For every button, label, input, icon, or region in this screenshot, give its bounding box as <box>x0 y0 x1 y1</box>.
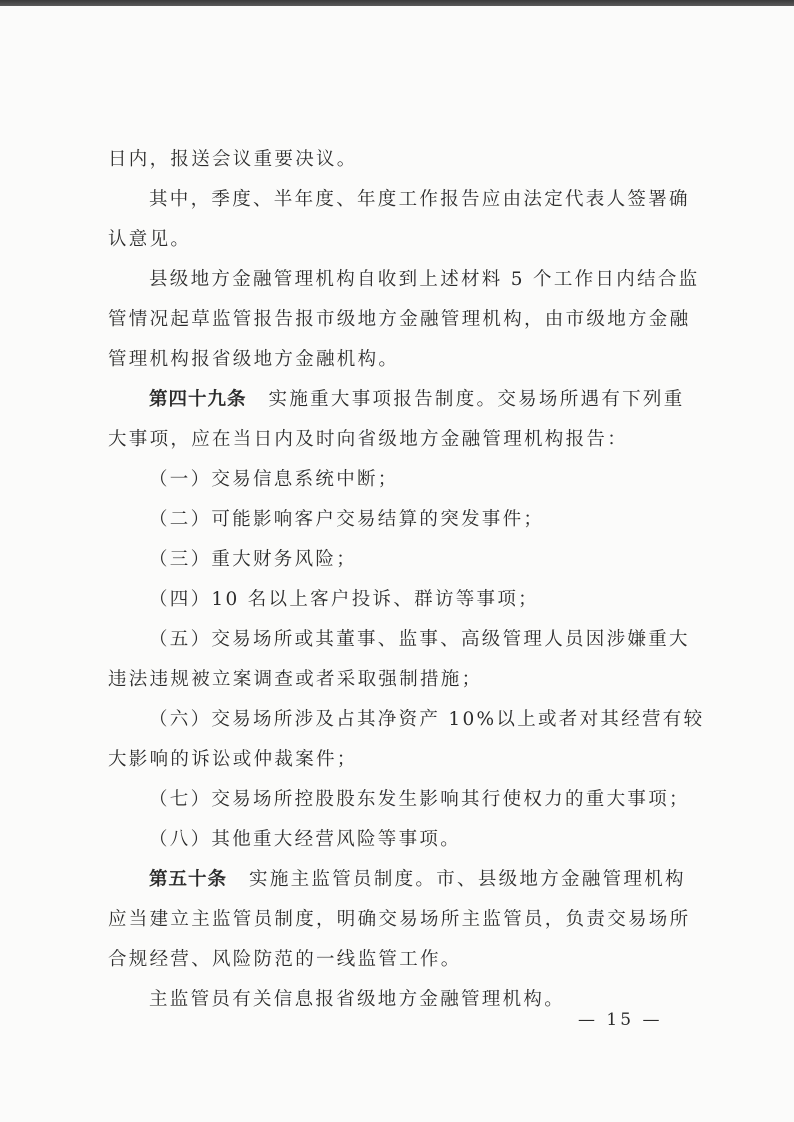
article-49-line: 第四十九条实施重大事项报告制度。交易场所遇有下列重 <box>108 380 692 420</box>
text-line: 管情况起草监管报告报市级地方金融管理机构，由市级地方金融 <box>108 300 692 340</box>
text-line: 县级地方金融管理机构自收到上述材料 5 个工作日内结合监 <box>108 260 692 300</box>
article-text: 实施重大事项报告制度。交易场所遇有下列重 <box>269 389 685 410</box>
text-line: 认意见。 <box>108 220 692 260</box>
text-line: 合规经营、风险防范的一线监管工作。 <box>108 940 692 980</box>
list-item: （八）其他重大经营风险等事项。 <box>108 820 692 860</box>
list-item: （七）交易场所控股股东发生影响其行使权力的重大事项； <box>108 780 692 820</box>
article-heading: 第五十条 <box>149 869 227 890</box>
text-line: 应当建立主监管员制度，明确交易场所主监管员，负责交易场所 <box>108 900 692 940</box>
article-heading: 第四十九条 <box>149 389 247 410</box>
text-line: 日内，报送会议重要决议。 <box>108 140 692 180</box>
list-item: （三）重大财务风险； <box>108 540 692 580</box>
page-number: — 15 — <box>578 1010 662 1030</box>
list-item-continuation: 违法违规被立案调查或者采取强制措施； <box>108 660 692 700</box>
list-item: （一）交易信息系统中断； <box>108 460 692 500</box>
list-item-continuation: 大影响的诉讼或仲裁案件； <box>108 740 692 780</box>
text-line: 管理机构报省级地方金融机构。 <box>108 340 692 380</box>
list-item: （五）交易场所或其董事、监事、高级管理人员因涉嫌重大 <box>108 620 692 660</box>
text-line: 大事项，应在当日内及时向省级地方金融管理机构报告： <box>108 420 692 460</box>
list-item: （二）可能影响客户交易结算的突发事件； <box>108 500 692 540</box>
list-item: （六）交易场所涉及占其净资产 10%以上或者对其经营有较 <box>108 700 692 740</box>
article-text: 实施主监管员制度。市、县级地方金融管理机构 <box>249 869 686 890</box>
text-line: 其中，季度、半年度、年度工作报告应由法定代表人签署确 <box>108 180 692 220</box>
scan-top-border <box>0 0 794 6</box>
list-item: （四）10 名以上客户投诉、群访等事项； <box>108 580 692 620</box>
document-body: 日内，报送会议重要决议。 其中，季度、半年度、年度工作报告应由法定代表人签署确 … <box>108 140 692 1020</box>
article-50-line: 第五十条实施主监管员制度。市、县级地方金融管理机构 <box>108 860 692 900</box>
